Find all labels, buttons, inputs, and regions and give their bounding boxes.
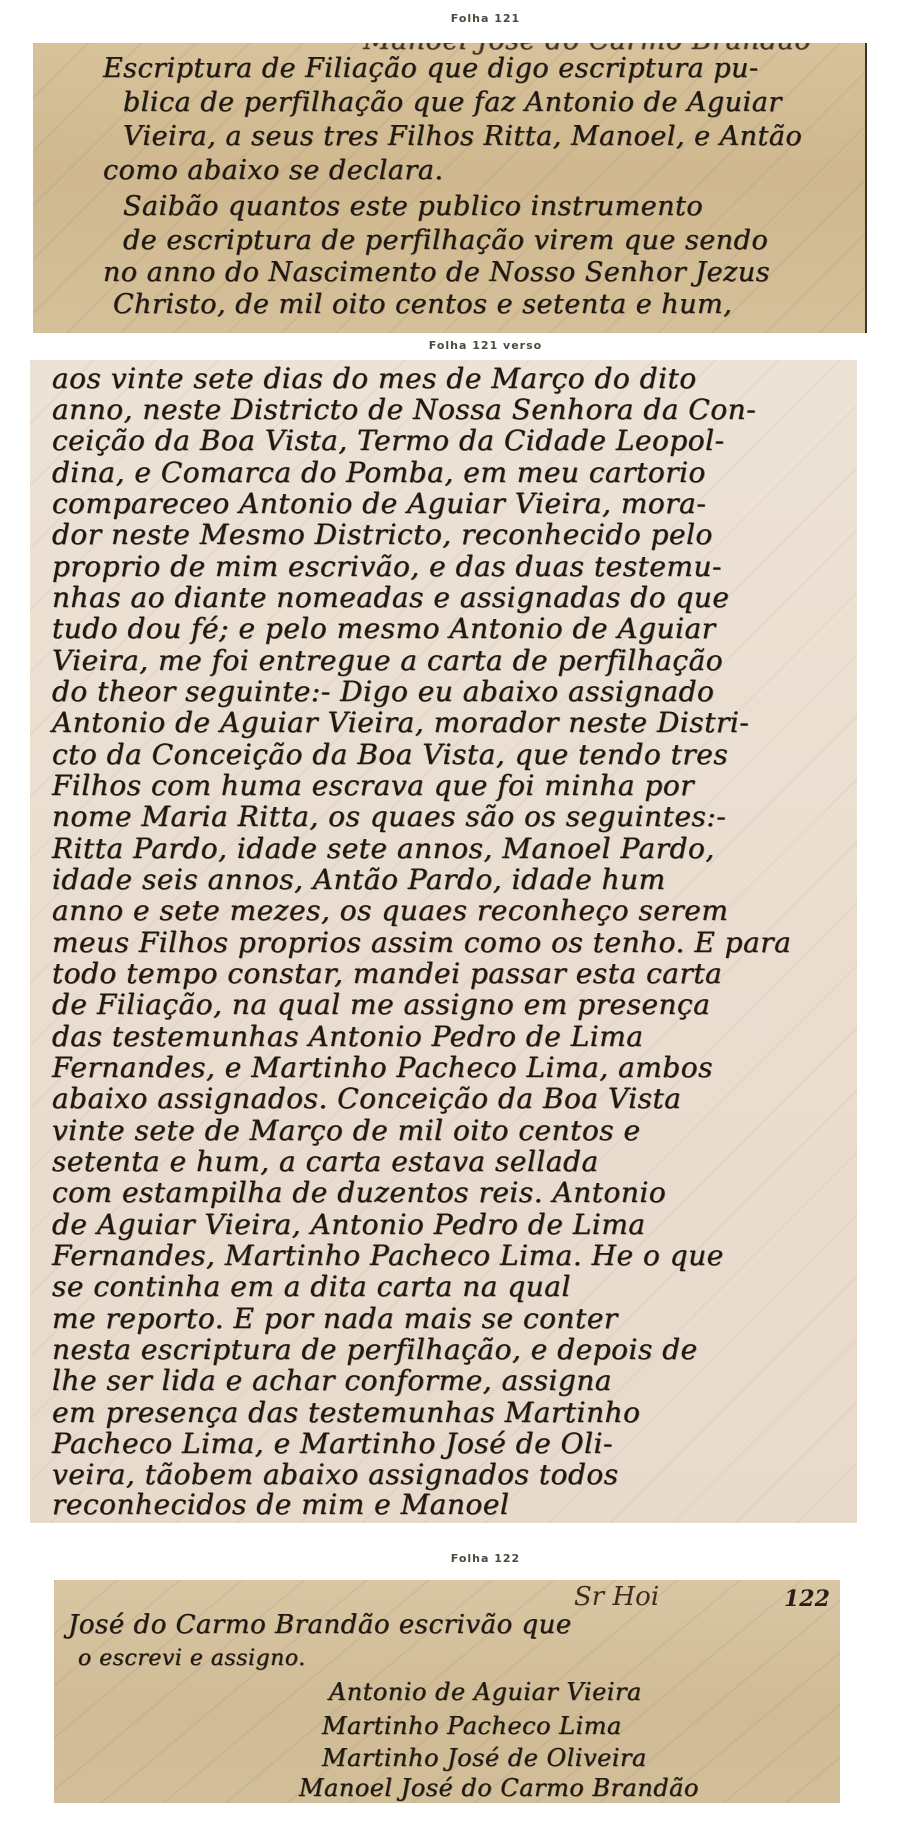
manuscript-line: com estampilha de duzentos reis. Antonio [52,1176,666,1209]
manuscript-image-folha-121-verso: aos vinte sete dias do mes de Março do d… [30,360,857,1523]
manuscript-line: se continha em a dita carta na qual [52,1270,571,1303]
manuscript-line: setenta e hum, a carta estava sellada [52,1145,599,1178]
manuscript-line: idade seis annos, Antão Pardo, idade hum [52,863,666,896]
manuscript-line: blica de perfilhação que faz Antonio de … [123,87,782,118]
manuscript-line: ceição da Boa Vista, Termo da Cidade Leo… [52,424,725,457]
manuscript-line: Antonio de Aguiar Vieira, morador neste … [52,706,749,739]
manuscript-line: de Aguiar Vieira, Antonio Pedro de Lima [52,1208,646,1241]
manuscript-line: Ritta Pardo, idade sete annos, Manoel Pa… [52,832,715,865]
manuscript-image-folha-122: Sr Hoi 122 José do Carmo Brandão escrivã… [54,1580,840,1803]
manuscript-line: aos vinte sete dias do mes de Março do d… [52,362,697,395]
manuscript-line: Filhos com huma escrava que foi minha po… [52,769,694,802]
signature: Martinho Pacheco Lima [322,1712,622,1740]
manuscript-line: das testemunhas Antonio Pedro de Lima [52,1020,644,1053]
manuscript-line: lhe ser lida e achar conforme, assigna [52,1364,612,1397]
manuscript-line: todo tempo constar, mandei passar esta c… [52,957,722,990]
manuscript-line: cto da Conceição da Boa Vista, que tendo… [52,738,728,771]
manuscript-line: compareceo Antonio de Aguiar Vieira, mor… [52,487,706,520]
manuscript-line: proprio de mim escrivão, e das duas test… [52,550,722,583]
manuscript-line: me reporto. E por nada mais se conter [52,1302,618,1335]
signature: Manoel José do Carmo Brandão [299,1774,699,1802]
manuscript-line: vinte sete de Março de mil oito centos e [52,1114,641,1147]
manuscript-line: dor neste Mesmo Districto, reconhecido p… [52,518,713,551]
manuscript-line: Fernandes, Martinho Pacheco Lima. He o q… [52,1239,724,1272]
manuscript-line: Escriptura de Filiação que digo escriptu… [103,53,759,84]
manuscript-line: Fernandes, e Martinho Pacheco Lima, ambo… [52,1051,713,1084]
manuscript-line: tudo dou fé; e pelo mesmo Antonio de Agu… [52,612,716,645]
manuscript-line: José do Carmo Brandão escrivão que [68,1610,572,1640]
manuscript-line: em presença das testemunhas Martinho [52,1396,641,1429]
manuscript-line: meus Filhos proprios assim como os tenho… [52,926,791,959]
folio-label-121: Folha 121 [32,12,907,25]
manuscript-line: veira, tãobem abaixo assignados todos [52,1458,619,1491]
manuscript-line: o escrevi e assigno. [78,1646,306,1671]
manuscript-line: Pacheco Lima, e Martinho José de Oli- [52,1427,613,1460]
manuscript-line: Vieira, a seus tres Filhos Ritta, Manoel… [123,121,802,152]
manuscript-line: reconhecidos de mim e Manoel [52,1488,509,1521]
manuscript-line: do theor seguinte:- Digo eu abaixo assig… [52,675,714,708]
page-number: 122 [784,1586,830,1612]
manuscript-line: no anno do Nascimento de Nosso Senhor Je… [103,257,770,288]
notary-stamp-mark: Sr Hoi [574,1582,659,1612]
manuscript-line: de Filiação, na qual me assigno em prese… [52,988,710,1021]
folio-label-122: Folha 122 [32,1552,907,1565]
manuscript-line: nhas ao diante nomeadas e assignadas do … [52,581,730,614]
manuscript-line: Saibão quantos este publico instrumento [123,191,703,222]
manuscript-line: de escriptura de perfilhação virem que s… [123,225,768,256]
manuscript-image-folha-121: Manoel José do Carmo Brandão Escriptura … [33,43,867,333]
manuscript-line: nome Maria Ritta, os quaes são os seguin… [52,800,726,833]
folio-label-121-verso: Folha 121 verso [32,339,907,352]
manuscript-line: Christo, de mil oito centos e setenta e … [113,289,732,320]
manuscript-line: dina, e Comarca do Pomba, em meu cartori… [52,456,706,489]
manuscript-line: como abaixo se declara. [103,155,444,186]
manuscript-line: abaixo assignados. Conceição da Boa Vist… [52,1082,682,1115]
manuscript-line: nesta escriptura de perfilhação, e depoi… [52,1333,698,1366]
manuscript-line: anno, neste Districto de Nossa Senhora d… [52,393,756,426]
signature: Martinho José de Oliveira [322,1744,647,1772]
signature: Antonio de Aguiar Vieira [329,1678,642,1706]
manuscript-line: anno e sete mezes, os quaes reconheço se… [52,894,728,927]
manuscript-line: Vieira, me foi entregue a carta de perfi… [52,644,723,677]
